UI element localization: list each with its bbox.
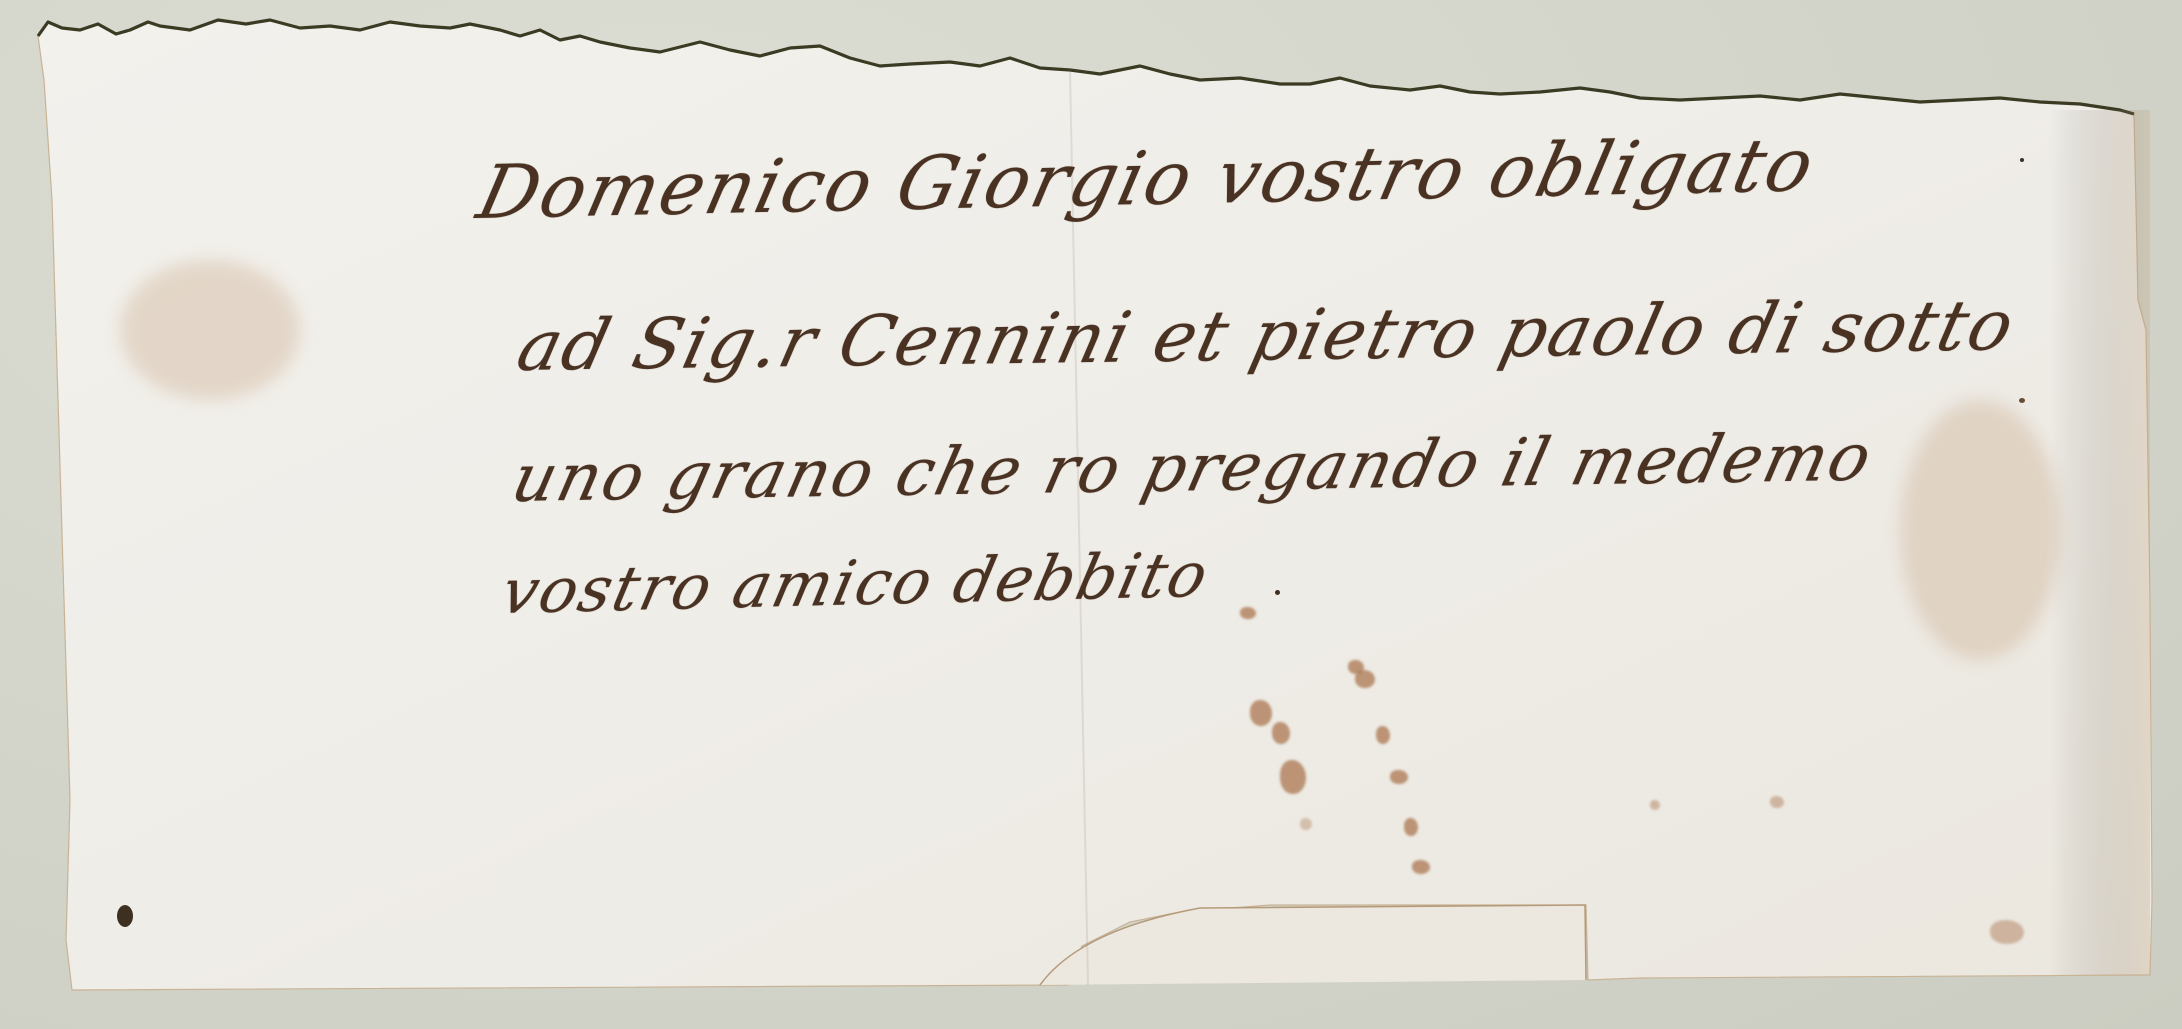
foxing-spot bbox=[1355, 670, 1375, 688]
foxing-spot bbox=[1376, 726, 1390, 744]
foxing-spot bbox=[1990, 920, 2024, 944]
foxing-spot bbox=[1272, 722, 1290, 744]
foxing-spot bbox=[1250, 700, 1272, 726]
foxing-spot bbox=[1412, 860, 1430, 874]
foxing-spot bbox=[1650, 800, 1660, 810]
paper-body bbox=[38, 20, 2152, 990]
paper-fragment bbox=[0, 0, 2182, 1029]
ink-speck bbox=[1275, 590, 1280, 595]
stain bbox=[120, 260, 300, 400]
foxing-spot bbox=[1280, 760, 1306, 794]
foxing-spot bbox=[1404, 818, 1418, 836]
foxing-spot bbox=[1770, 796, 1784, 808]
foxing-spot bbox=[1240, 607, 1256, 619]
ink-speck bbox=[2020, 158, 2024, 162]
foxing-spot bbox=[1300, 818, 1312, 830]
foxing-spot bbox=[1390, 770, 1408, 784]
ink-speck bbox=[2019, 398, 2025, 403]
stain bbox=[1900, 400, 2060, 660]
ink-blot bbox=[117, 905, 133, 927]
